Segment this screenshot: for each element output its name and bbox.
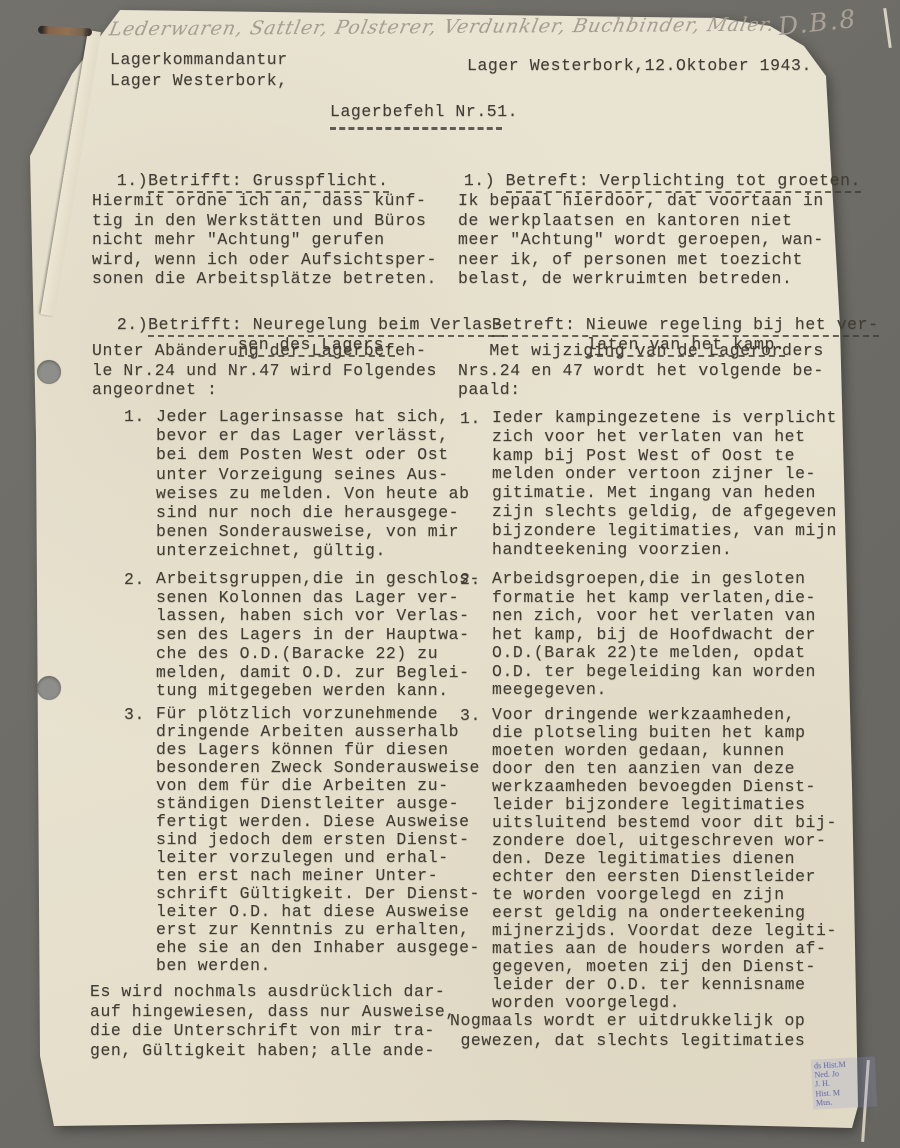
archive-stamp: ds Hist.M Ned. Jo J. H. Hist. M Mus. (811, 1056, 878, 1109)
german-item3-text: Für plötzlich vorzunehmende dringende Ar… (156, 705, 480, 975)
dutch-item1-number: 1. (460, 409, 481, 429)
sender-address: Lagerkommandantur Lager Westerbork, (110, 50, 288, 91)
title-underline (330, 127, 502, 130)
german-section1-heading-text: Betrifft: Grusspflicht. (148, 171, 388, 193)
german-closing-paragraph: Es wird nochmals ausdrücklich dar- auf h… (90, 982, 456, 1060)
scanned-document: Lederwaren, Sattler, Polsterer, Verdunkl… (0, 0, 900, 1148)
german-item2-number: 2. (124, 570, 145, 590)
dutch-section1-heading-text: Betreft: Verplichting tot groeten. (506, 171, 861, 193)
dutch-item2-number: 2. (460, 570, 481, 590)
dutch-section1-number: 1.) (464, 171, 506, 190)
dutch-section2-intro: Met wijziging van de Lagerorders Nrs.24 … (458, 341, 824, 400)
dateline: Lager Westerbork,12.Oktober 1943. (467, 56, 812, 76)
dutch-item1-text: Ieder kampingezetene is verplicht zich v… (492, 409, 837, 559)
german-section2-number: 2.) (117, 315, 148, 334)
german-section1-body: Hiermit ordne ich an, dass künf- tig in … (92, 191, 437, 289)
dutch-closing-paragraph: Nogmaals wordt er uitdrukkelijk op gewez… (450, 1011, 805, 1050)
german-section2-intro: Unter Abänderung der Lagerbefeh- le Nr.2… (92, 341, 437, 400)
german-section1-number: 1.) (117, 171, 148, 190)
german-item1-text: Jeder Lagerinsasse hat sich, bevor er da… (156, 407, 470, 561)
handwritten-trades-note: Lederwaren, Sattler, Polsterer, Verdunkl… (107, 14, 777, 41)
punch-hole-top (37, 360, 61, 384)
punch-hole-bottom (37, 676, 61, 700)
german-item3-number: 3. (124, 705, 145, 725)
dutch-item3-text: Voor dringende werkzaamheden, die plotse… (492, 706, 837, 1012)
dutch-section1-body: Ik bepaal hierdoor, dat voortaan in de w… (458, 191, 824, 289)
dutch-item3-number: 3. (460, 706, 481, 726)
dutch-item2-text: Arbeidsgroepen,die in gesloten formatie … (492, 570, 816, 700)
german-item2-text: Arbeitsgruppen,die in geschlos- senen Ko… (156, 570, 480, 701)
german-item1-number: 1. (124, 407, 145, 427)
order-title: Lagerbefehl Nr.51. (330, 102, 518, 122)
